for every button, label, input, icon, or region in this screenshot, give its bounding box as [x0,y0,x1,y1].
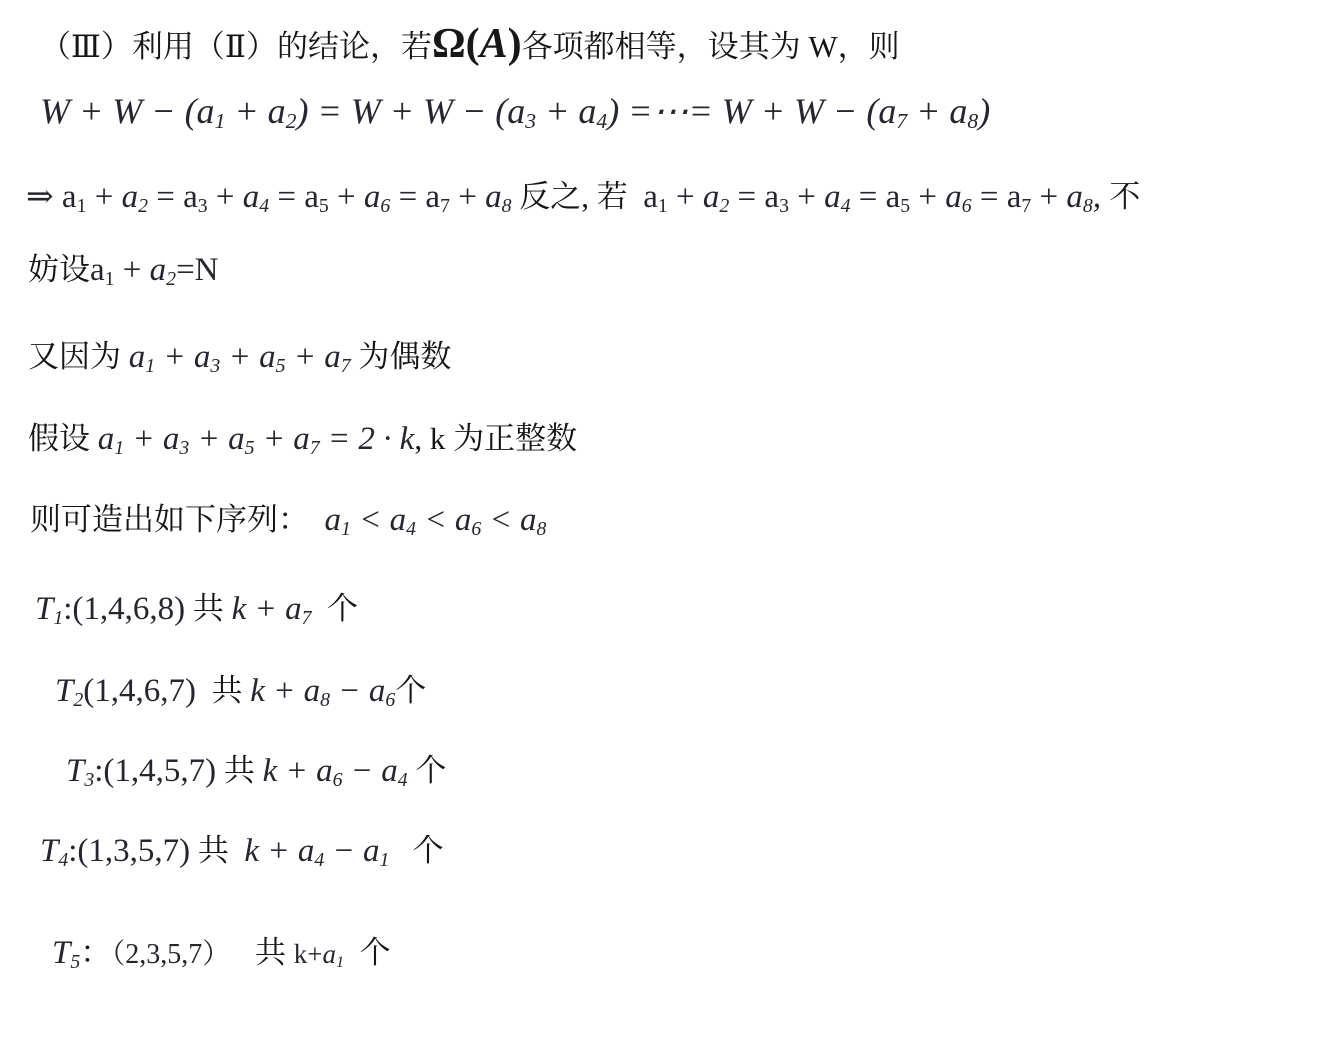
sequence-intro-line: 则可造出如下序列： a1 < a4 < a6 < a8 [30,501,546,540]
text-segment: T4 [40,833,68,869]
suppose-2k-line: 假设 a1 + a3 + a5 + a7 = 2 · k, k 为正整数 [28,420,577,459]
text-segment: = a5 + [850,179,945,215]
text-segment: =N [176,252,218,288]
text-segment: 个 [311,591,358,626]
text-segment: a1 + a3 + a5 + a7 [129,339,351,375]
text-segment: T1 [35,591,63,627]
t5-line: T5：（2,3,5,7） 共 k+a1 个 [52,934,391,973]
text-segment: a2 [122,179,148,215]
text-segment: 反之, 若 [511,179,643,214]
text-segment: k + a8 − a6 [250,673,395,709]
text-segment: a1 [323,939,345,969]
t1-line: T1:(1,4,6,8) 共 k + a7 个 [35,590,358,629]
text-segment: = a3 + [729,179,824,215]
text-segment: a1 + [90,252,150,288]
text-segment: a4 [824,179,850,215]
t4-line: T4:(1,3,5,7) 共 k + a4 − a1 个 [40,832,444,871]
t3-line: T3:(1,4,5,7) 共 k + a6 − a4 个 [66,752,446,791]
text-segment: 个 [389,833,443,868]
text-segment: 又因为 [28,339,129,374]
text-segment: , k 为正整数 [414,421,577,456]
text-segment: 各项都相等，设其为 W，则 [522,29,900,64]
text-segment: k+ [294,939,323,969]
text-segment: a8 [1066,179,1092,215]
heading-line: （Ⅲ）利用（Ⅱ）的结论，若Ω(A)各项都相等，设其为 W，则 [40,20,900,70]
text-segment: k + a7 [232,591,312,627]
document-page: （Ⅲ）利用（Ⅱ）的结论，若Ω(A)各项都相等，设其为 W，则W + W − (a… [0,0,1330,1046]
text-segment: （Ⅲ）利用（Ⅱ）的结论，若 [40,29,432,64]
text-segment: W + W − (a1 + a2) = W + W − (a3 + a4) =⋯… [40,91,990,131]
text-segment: A [480,21,508,67]
text-segment: a8 [485,179,511,215]
text-segment: 共 [196,673,250,708]
implication-line: ⇒ a1 + a2 = a3 + a4 = a5 + a6 = a7 + a8 … [26,178,1140,217]
text-segment: k + a4 − a1 [244,833,389,869]
text-segment: a2 [150,252,176,288]
t2-line: T2(1,4,6,7) 共 k + a8 − a6个 [55,672,426,711]
text-segment [294,502,325,537]
even-sum-line: 又因为 a1 + a3 + a5 + a7 为偶数 [28,338,451,377]
text-segment: = a5 + [269,179,364,215]
text-segment: 个 [395,673,426,708]
text-segment: k + a6 − a4 [263,753,408,789]
text-segment: T2 [55,673,83,709]
text-segment: T5 [52,935,80,971]
text-segment: 不 [1109,179,1140,214]
text-segment: , [1093,179,1110,215]
text-segment: a1 + a3 + a5 + a7 = 2 · k [98,421,415,457]
text-segment: 为偶数 [351,339,452,374]
text-segment: Ω( [432,21,480,67]
text-segment: :(1,3,5,7) [68,833,190,869]
text-segment: (1,4,6,7) [83,673,196,709]
assume-n-line: 妨设a1 + a2=N [28,251,219,290]
text-segment: 共 [216,753,263,788]
text-segment: ： [80,935,111,970]
text-segment: a4 [243,179,269,215]
text-segment: ⇒ a1 + [26,179,122,215]
text-segment: a1 + [643,179,703,215]
text-segment: = a3 + [148,179,243,215]
text-segment: a1 < a4 < a6 < a8 [325,502,547,538]
equation-w-line: W + W − (a1 + a2) = W + W − (a3 + a4) =⋯… [40,90,990,132]
text-segment: 共 [190,833,244,868]
text-segment: （2,3,5,7） [111,939,216,970]
text-segment: a6 [945,179,971,215]
text-segment: 个 [408,753,447,788]
text-segment: = a7 + [972,179,1067,215]
text-segment: :(1,4,6,8) [63,591,185,627]
text-segment: 共 [185,591,232,626]
text-segment: 假设 [28,421,98,456]
text-segment: 妨设 [28,252,90,287]
text-segment: ) [508,21,522,67]
text-segment: 则可造出如下序列： [30,502,294,537]
text-segment: 个 [344,935,391,970]
text-segment: 共 [216,935,294,970]
text-segment: :(1,4,5,7) [94,753,216,789]
text-segment: a6 [364,179,390,215]
text-segment: = a7 + [390,179,485,215]
text-segment: T3 [66,753,94,789]
text-segment: a2 [703,179,729,215]
